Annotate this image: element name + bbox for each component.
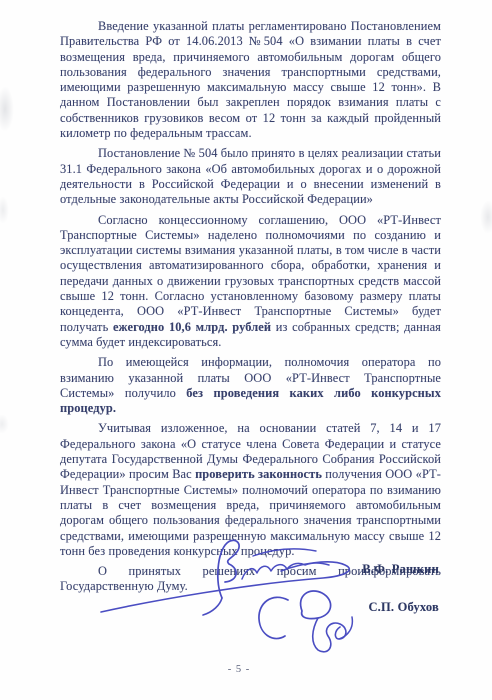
scan-artifact	[480, 200, 492, 234]
paragraph-resolution-504: Постановление № 504 было принято в целях…	[60, 146, 441, 207]
paragraph-no-tender: По имеющейся информации, полномочия опер…	[60, 355, 441, 416]
scan-artifact	[0, 196, 9, 224]
paragraph-concession-agreement: Согласно концессионному соглашению, ООО …	[60, 213, 441, 351]
page-number: - 5 -	[0, 664, 478, 675]
paragraph-payment-introduction: Введение указанной платы регламентирован…	[60, 19, 441, 141]
emphasis-annual-revenue: ежегодно 10,6 млрд. рублей	[113, 320, 271, 334]
scan-artifact	[0, 414, 9, 434]
paragraph-text: Согласно концессионному соглашению, ООО …	[60, 213, 441, 334]
paragraph-request-verification: Учитывая изложенное, на основании статей…	[60, 421, 441, 559]
signatory-name-rashkin: В.Ф. Рашкин	[362, 562, 439, 577]
paragraph-text: Постановление № 504 было принято в целях…	[60, 146, 441, 206]
scanned-letter-page: Введение указанной платы регламентирован…	[0, 0, 492, 700]
signatory-name-obukhov: С.П. Обухов	[368, 600, 439, 615]
scan-artifact	[0, 86, 14, 132]
letter-body: Введение указанной платы регламентирован…	[60, 19, 441, 600]
paragraph-text: Введение указанной платы регламентирован…	[60, 19, 441, 140]
emphasis-verify-legality: проверить законность	[195, 467, 322, 481]
